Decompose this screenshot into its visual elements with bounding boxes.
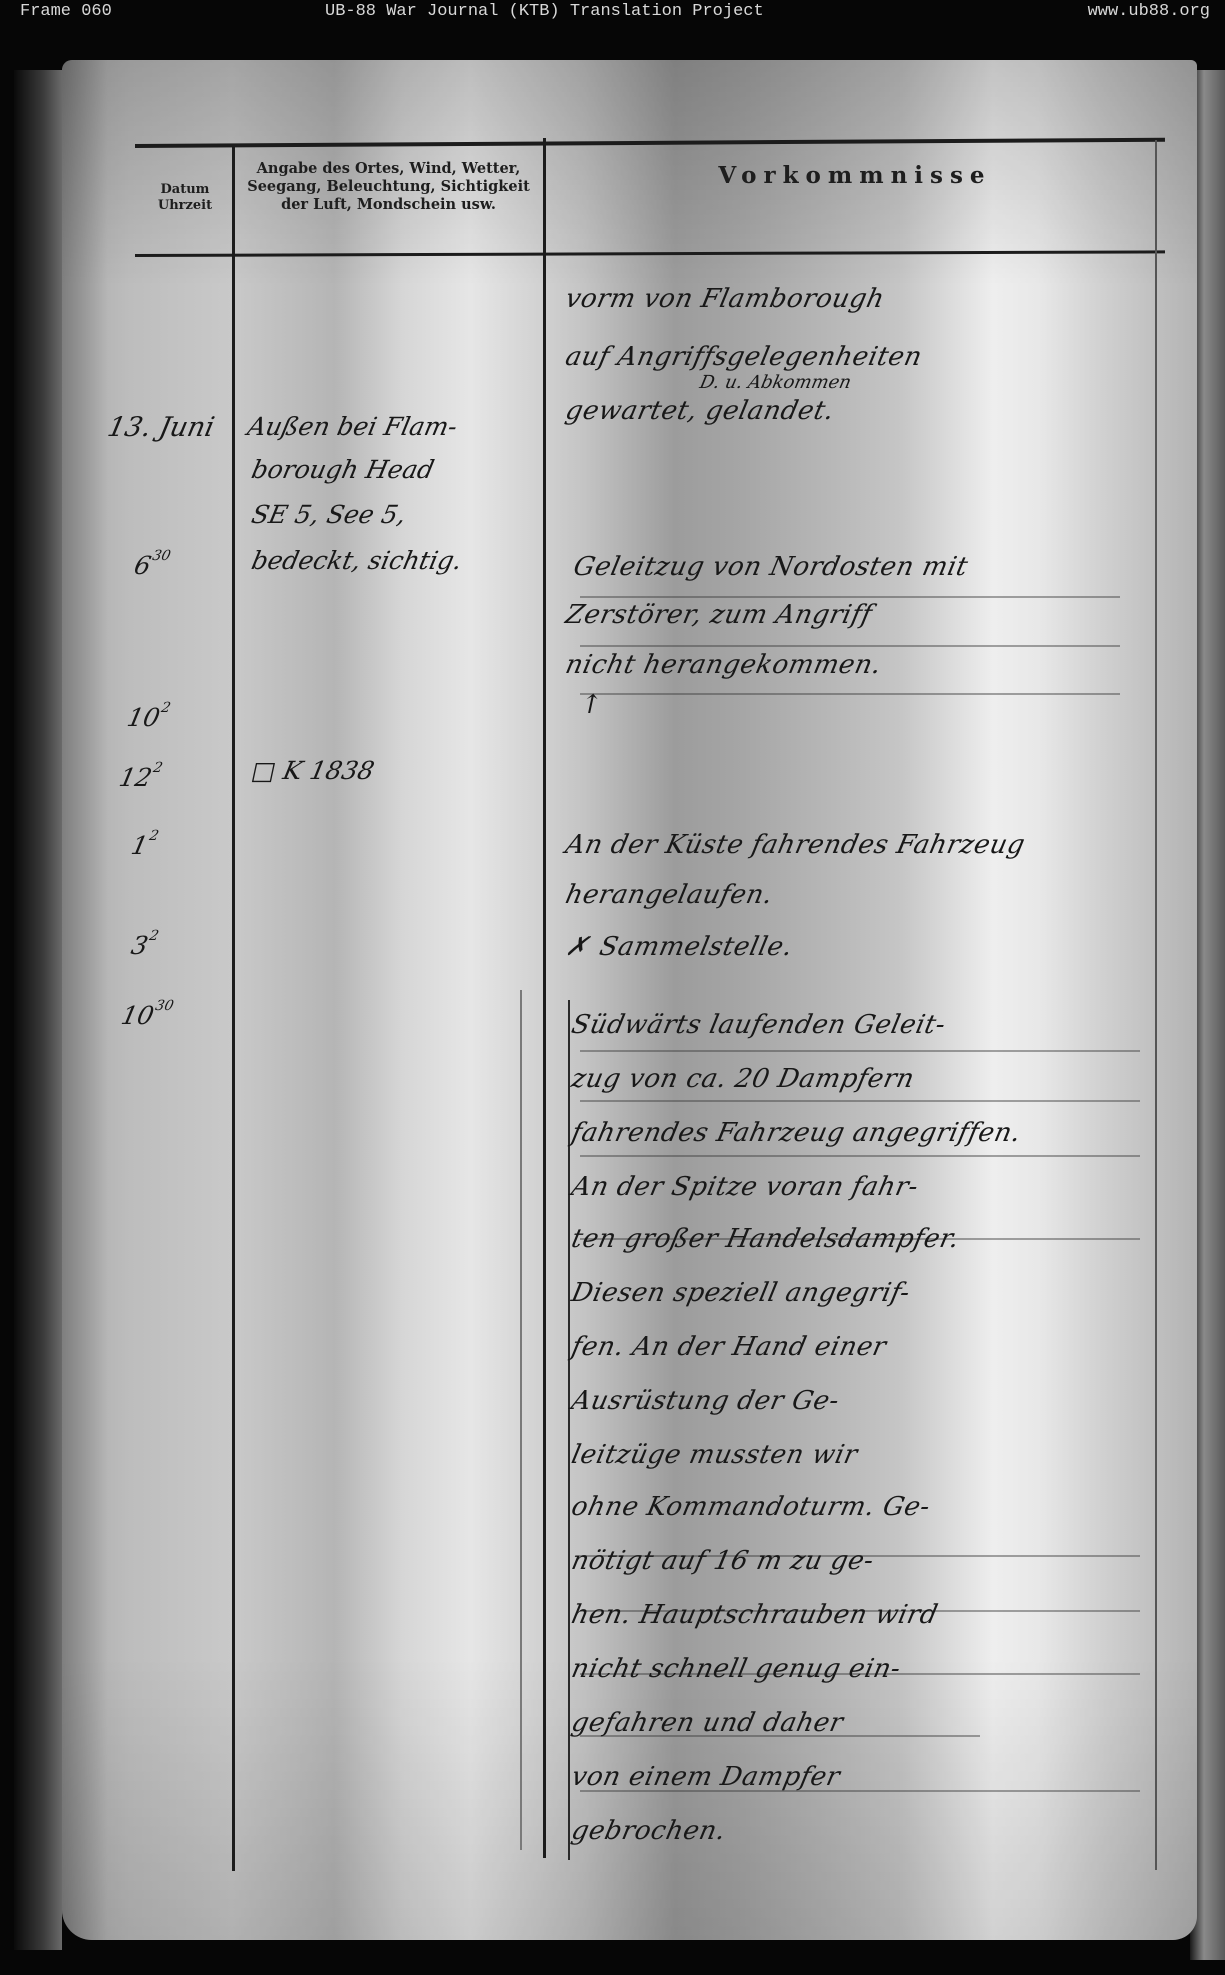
event-line: hen. Hauptschrauben wird [569, 1600, 941, 1630]
event-line: nötigt auf 16 m zu ge- [569, 1546, 877, 1576]
book-left-edge [14, 70, 62, 1950]
event-line: Ausrüstung der Ge- [569, 1386, 842, 1416]
header-ort-line: der Luft, Mondschein usw. [236, 196, 541, 214]
event-line: leitzüge mussten wir [569, 1440, 861, 1470]
entry-time: 630 [132, 548, 173, 580]
header-datum-label: Datum [140, 182, 230, 198]
pencil-guide [580, 645, 1120, 647]
pencil-guide [580, 1100, 1140, 1102]
event-line: fahrendes Fahrzeug angegriffen. [569, 1118, 1024, 1148]
entry-time: 1030 [119, 998, 175, 1030]
pencil-guide [580, 693, 1120, 695]
pencil-guide [580, 1155, 1140, 1157]
event-line: nicht herangekommen. [563, 650, 884, 680]
header-ort-line: Angabe des Ortes, Wind, Wetter, [236, 160, 541, 178]
event-line: Sammelstelle. [597, 932, 796, 962]
location-line: borough Head [249, 455, 437, 484]
entry-time: 122 [117, 760, 165, 792]
event-line: auf Angriffsgelegenheiten [563, 342, 925, 372]
frame-number: Frame 060 [20, 2, 112, 21]
location-line: SE 5, See 5, [249, 500, 409, 529]
event-line: Zerstörer, zum Angriff [563, 600, 875, 630]
header-uhrzeit-label: Uhrzeit [140, 198, 230, 214]
location-line: Außen bei Flam- [245, 412, 460, 441]
header-ort-line: Seegang, Beleuchtung, Sichtigkeit [236, 178, 541, 196]
entry-time: 102 [125, 700, 173, 732]
event-line: An der Küste fahrendes Fahrzeug [563, 830, 1028, 860]
page-right-rule [1155, 140, 1157, 1870]
insertion-note: D. u. Abkommen [698, 372, 853, 393]
column-divider-ort [543, 138, 546, 1858]
event-line: gewartet, gelandet. [563, 396, 837, 426]
event-line: gefahren und daher [569, 1708, 846, 1738]
event-line: Diesen speziell angegrif- [569, 1278, 913, 1308]
event-line: fen. An der Hand einer [569, 1332, 889, 1362]
project-title: UB-88 War Journal (KTB) Translation Proj… [325, 2, 764, 21]
event-line: Geleitzug von Nordosten mit [571, 552, 971, 582]
event-line: zug von ca. 20 Dampfern [569, 1064, 917, 1094]
event-line: nicht schnell genug ein- [569, 1654, 904, 1684]
pencil-guide [580, 1050, 1140, 1052]
event-line: herangelaufen. [563, 880, 776, 910]
pencil-guide [580, 596, 1120, 598]
event-line: Südwärts laufenden Geleit- [569, 1010, 949, 1040]
event-line: von einem Dampfer [569, 1762, 843, 1792]
site-url: www.ub88.org [1088, 2, 1210, 21]
location-line: bedeckt, sichtig. [249, 546, 465, 575]
entry-date: 13. Juni [105, 412, 217, 443]
event-line: ten großer Handelsdampfer. [569, 1224, 962, 1254]
event-line: gebrochen. [569, 1816, 729, 1846]
event-line: vorm von Flamborough [563, 284, 887, 314]
column-divider-datum [232, 146, 235, 1871]
faint-margin-line [520, 990, 522, 1850]
header-vorkommnisse: Vorkommnisse [560, 162, 1150, 191]
event-line: ohne Kommandoturm. Ge- [569, 1492, 933, 1522]
header-datum-uhrzeit: Datum Uhrzeit [140, 182, 230, 215]
event-line: An der Spitze voran fahr- [569, 1172, 921, 1202]
frame-caption-bar: Frame 060 UB-88 War Journal (KTB) Transl… [0, 0, 1225, 28]
grid-square-reference: □ K 1838 [249, 756, 377, 785]
header-ort-wetter: Angabe des Ortes, Wind, Wetter, Seegang,… [236, 160, 541, 214]
